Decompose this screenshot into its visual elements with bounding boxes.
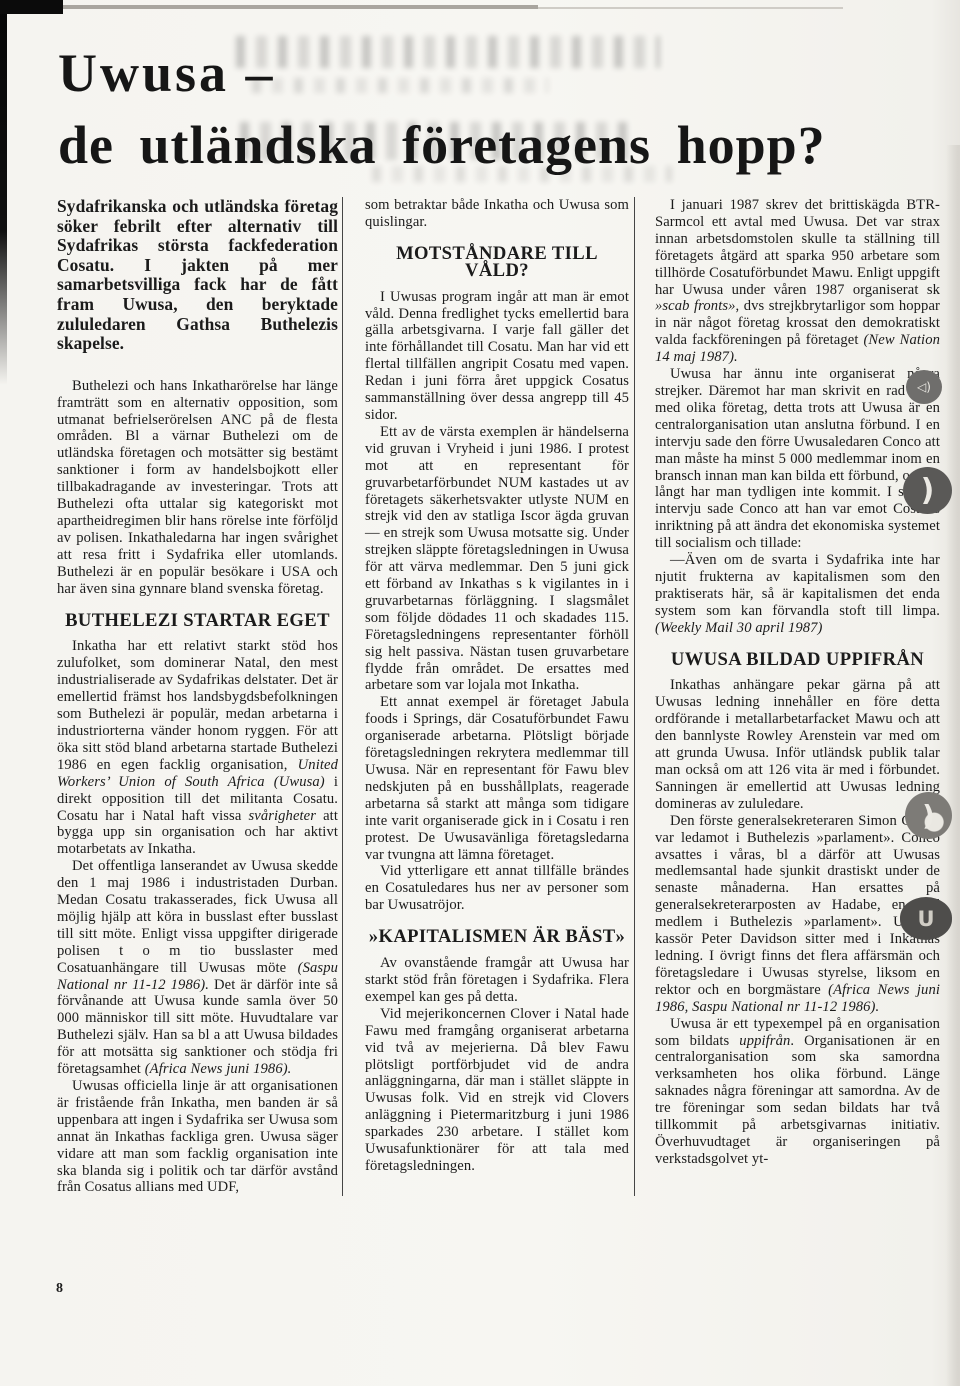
- article-title-line-1: Uwusa –: [58, 42, 276, 104]
- text-run: som betraktar både Inkatha och Uwusa som…: [365, 197, 629, 230]
- paragraph: Uwusa har ännu inte organiserat några st…: [655, 366, 940, 552]
- text-run: (Weekly Mail 30 april 1987): [655, 620, 823, 636]
- text-run: Uwusas officiella linje är att organisat…: [57, 1078, 338, 1195]
- lead-paragraph: Sydafrikanska och utländska företag söke…: [57, 197, 338, 354]
- paragraph: Inkatha har ett relativt starkt stöd hos…: [57, 638, 338, 858]
- text-run: Inkatha har ett relativt starkt stöd hos…: [57, 638, 338, 772]
- text-run: I januari 1987 skrev det brittiskägda BT…: [655, 197, 940, 298]
- bleedthrough-ghost-text: [236, 36, 660, 68]
- speaker-stamp-icon: ): [903, 467, 952, 514]
- column-3: I januari 1987 skrev det brittiskägda BT…: [655, 197, 940, 1196]
- text-run: . Organisationen är en centralorganisati…: [655, 1033, 940, 1167]
- paragraph: Den förste generalsekreteraren Simon Con…: [655, 813, 940, 1016]
- column-divider-2: [634, 197, 635, 1196]
- text-run: Sydafrikanska och utländska företag söke…: [57, 196, 338, 353]
- column-2: som betraktar både Inkatha och Uwusa som…: [365, 197, 629, 1196]
- paragraph: I Uwusas program ingår att man är emot v…: [365, 289, 629, 424]
- text-run: I Uwusas program ingår att man är emot v…: [365, 289, 629, 423]
- text-run: Inkathas anhängare pekar gärna på att Uw…: [655, 677, 940, 811]
- paragraph: —Även om de svarta i Sydafrika inte har …: [655, 552, 940, 637]
- paragraph: Av ovanstående framgår att Uwusa har sta…: [365, 955, 629, 1006]
- text-run: (Africa News juni 1986).: [145, 1061, 292, 1077]
- paragraph: Ett av de värsta exemplen är händelserna…: [365, 424, 629, 695]
- scan-corner-mark: [0, 0, 63, 14]
- section-heading: BUTHELEZI STARTAR EGET: [57, 613, 338, 630]
- text-run: Ett annat exempel är företaget Jabula fo…: [365, 694, 629, 862]
- text-run: Den förste generalsekreteraren Simon Con…: [655, 813, 940, 998]
- scan-edge-right: [946, 145, 960, 1386]
- section-heading: »KAPITALISMEN ÄR BÄST»: [365, 929, 629, 946]
- text-run: —Även om de svarta i Sydafrika inte har …: [655, 552, 940, 619]
- text-run: uppifrån: [739, 1033, 790, 1049]
- paragraph: Inkathas anhängare pekar gärna på att Uw…: [655, 677, 940, 812]
- column-divider-1: [342, 197, 343, 1196]
- text-run: Ett av de värsta exemplen är händelserna…: [365, 424, 629, 694]
- page-number: 8: [56, 1281, 63, 1297]
- paragraph: I januari 1987 skrev det brittiskägda BT…: [655, 197, 940, 366]
- text-run: Vid ytterligare ett annat tillfälle brän…: [365, 863, 629, 913]
- text-run: svårigheter: [248, 808, 316, 824]
- section-heading: MOTSTÅNDARE TILL VÅLD?: [365, 246, 629, 280]
- paragraph: Vid ytterligare ett annat tillfälle brän…: [365, 863, 629, 914]
- paragraph: som betraktar både Inkatha och Uwusa som…: [365, 197, 629, 231]
- paragraph: Det offentliga lanserandet av Uwusa sked…: [57, 858, 338, 1078]
- speaker-stamp-icon: ◁): [906, 370, 942, 404]
- bleedthrough-ghost-text: [252, 78, 548, 93]
- paragraph: Vid mejerikoncernen Clover i Natal hade …: [365, 1006, 629, 1175]
- scan-edge-top-line: [63, 5, 538, 9]
- ink-blot-stamp-icon: U: [900, 897, 952, 940]
- text-run: »scab fronts»: [655, 298, 736, 314]
- text-run: Av ovanstående framgår att Uwusa har sta…: [365, 955, 629, 1005]
- text-run: Buthelezi och hans Inkatharörelse har lä…: [57, 378, 338, 597]
- paragraph: Uwusas officiella linje är att organisat…: [57, 1078, 338, 1196]
- ring-stamp-icon: ): [905, 792, 952, 839]
- text-run: Uwusa har ännu inte organiserat några st…: [655, 366, 940, 551]
- paragraph: Uwusa är ett typexempel på en organisati…: [655, 1016, 940, 1168]
- text-run: Det offentliga lanserandet av Uwusa sked…: [57, 858, 338, 975]
- article-title-line-2: de utländska företagens hopp?: [58, 114, 826, 176]
- column-1: Sydafrikanska och utländska företag söke…: [57, 197, 338, 1196]
- scanned-article-page: Uwusa – de utländska företagens hopp? Sy…: [0, 0, 960, 1386]
- scan-edge-top-line-faint: [538, 7, 843, 9]
- section-heading: UWUSA BILDAD UPPIFRÅN: [655, 652, 940, 669]
- paragraph: Ett annat exempel är företaget Jabula fo…: [365, 694, 629, 863]
- paragraph: Buthelezi och hans Inkatharörelse har lä…: [57, 378, 338, 598]
- article-columns: Sydafrikanska och utländska företag söke…: [0, 197, 940, 1196]
- text-run: Vid mejerikoncernen Clover i Natal hade …: [365, 1006, 629, 1174]
